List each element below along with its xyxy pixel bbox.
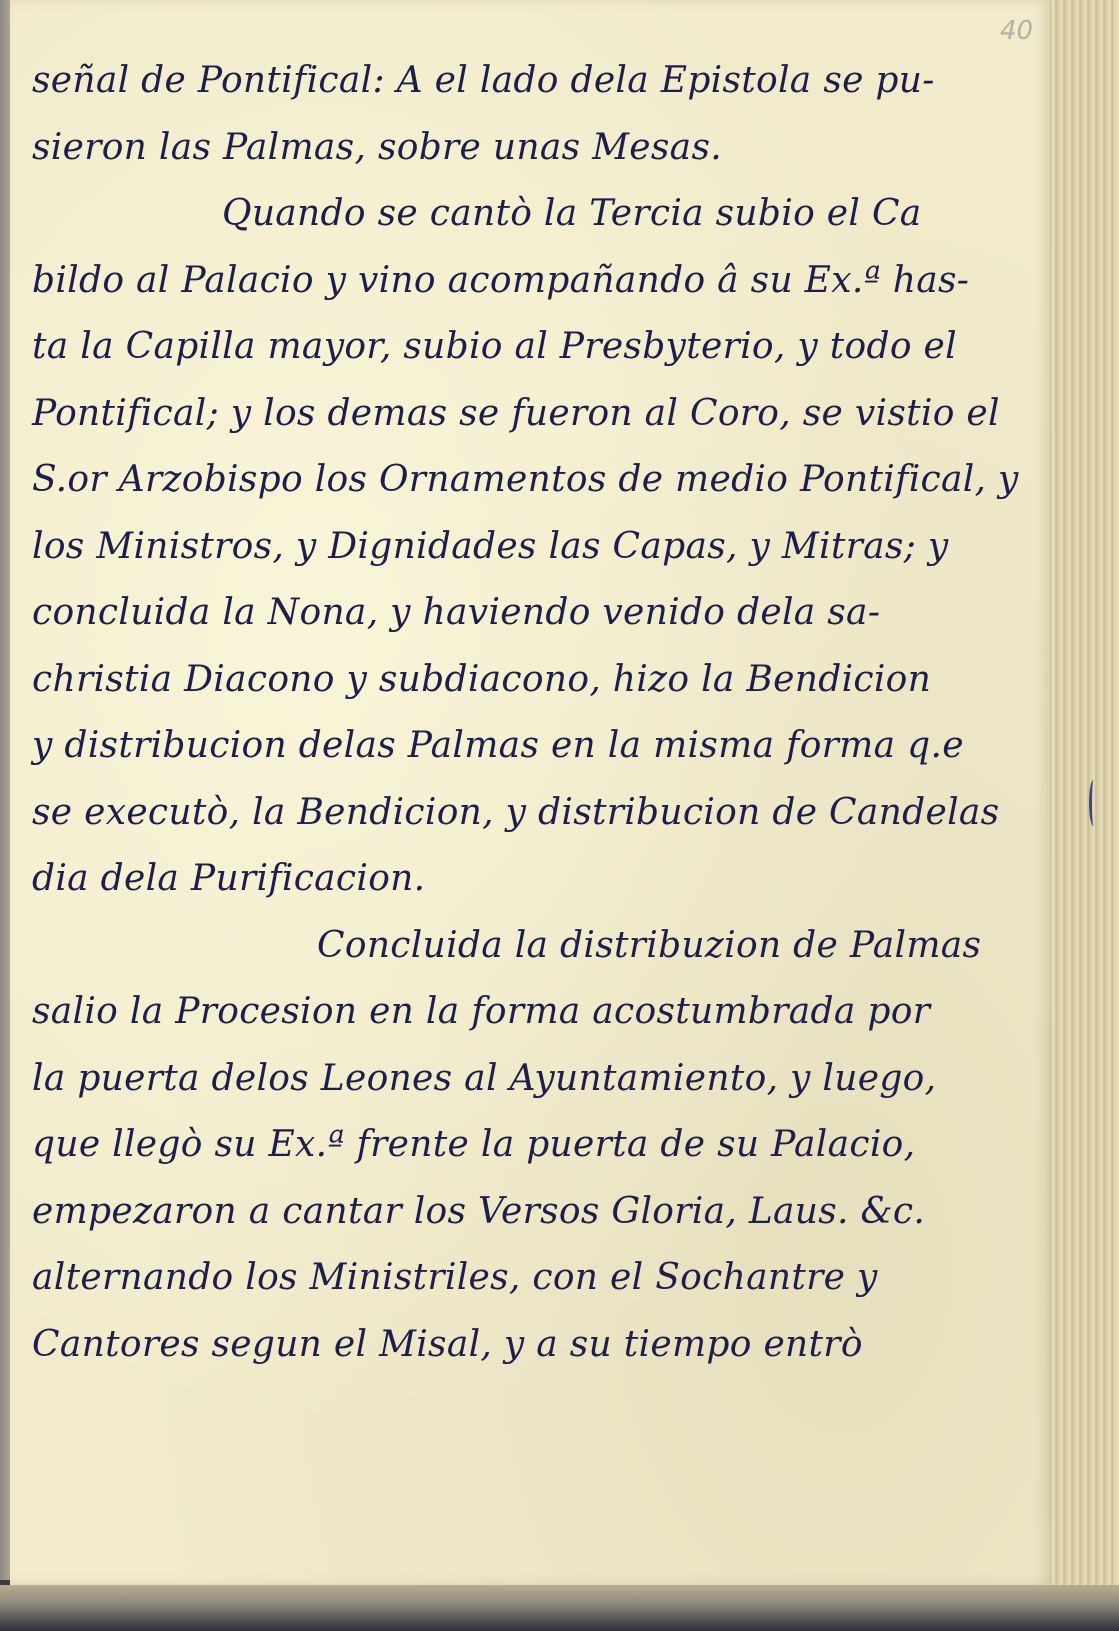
text-line-paragraph-start: Quando se cantò la Tercia subio el Ca [32,181,1022,248]
text-line: señal de Pontifical: A el lado dela Epis… [32,48,1022,115]
text-line: los Ministros, y Dignidades las Capas, y… [32,514,1022,581]
text-line: empezaron a cantar los Versos Gloria, La… [32,1179,1022,1246]
ink-mark-on-edge [1089,780,1098,826]
text-line: concluida la Nona, y haviendo venido del… [32,580,1022,647]
text-line: S.or Arzobispo los Ornamentos de medio P… [32,447,1022,514]
text-line: dia dela Purificacion. [32,846,1022,913]
stacked-page-edges [1050,0,1119,1600]
book-bottom-edge [0,1585,1119,1631]
text-line: christia Diacono y subdiacono, hizo la B… [32,647,1022,714]
manuscript-text: señal de Pontifical: A el lado dela Epis… [32,48,1022,1378]
text-line: la puerta delos Leones al Ayuntamiento, … [32,1046,1022,1113]
text-line: sieron las Palmas, sobre unas Mesas. [32,115,1022,182]
text-line: Pontifical; y los demas se fueron al Cor… [32,381,1022,448]
text-line: y distribucion delas Palmas en la misma … [32,713,1022,780]
text-line: salio la Procesion en la forma acostumbr… [32,979,1022,1046]
text-line: que llegò su Ex.ª frente la puerta de su… [32,1112,1022,1179]
text-line: Cantores segun el Misal, y a su tiempo e… [32,1312,1022,1379]
text-line: bildo al Palacio y vino acompañando â su… [32,248,1022,315]
text-line: ta la Capilla mayor, subio al Presbyteri… [32,314,1022,381]
text-line: alternando los Ministriles, con el Socha… [32,1245,1022,1312]
text-line-paragraph-start: Concluida la distribuzion de Palmas [32,913,1022,980]
folio-number: 40 [1000,16,1033,46]
text-line: se executò, la Bendicion, y distribucion… [32,780,1022,847]
